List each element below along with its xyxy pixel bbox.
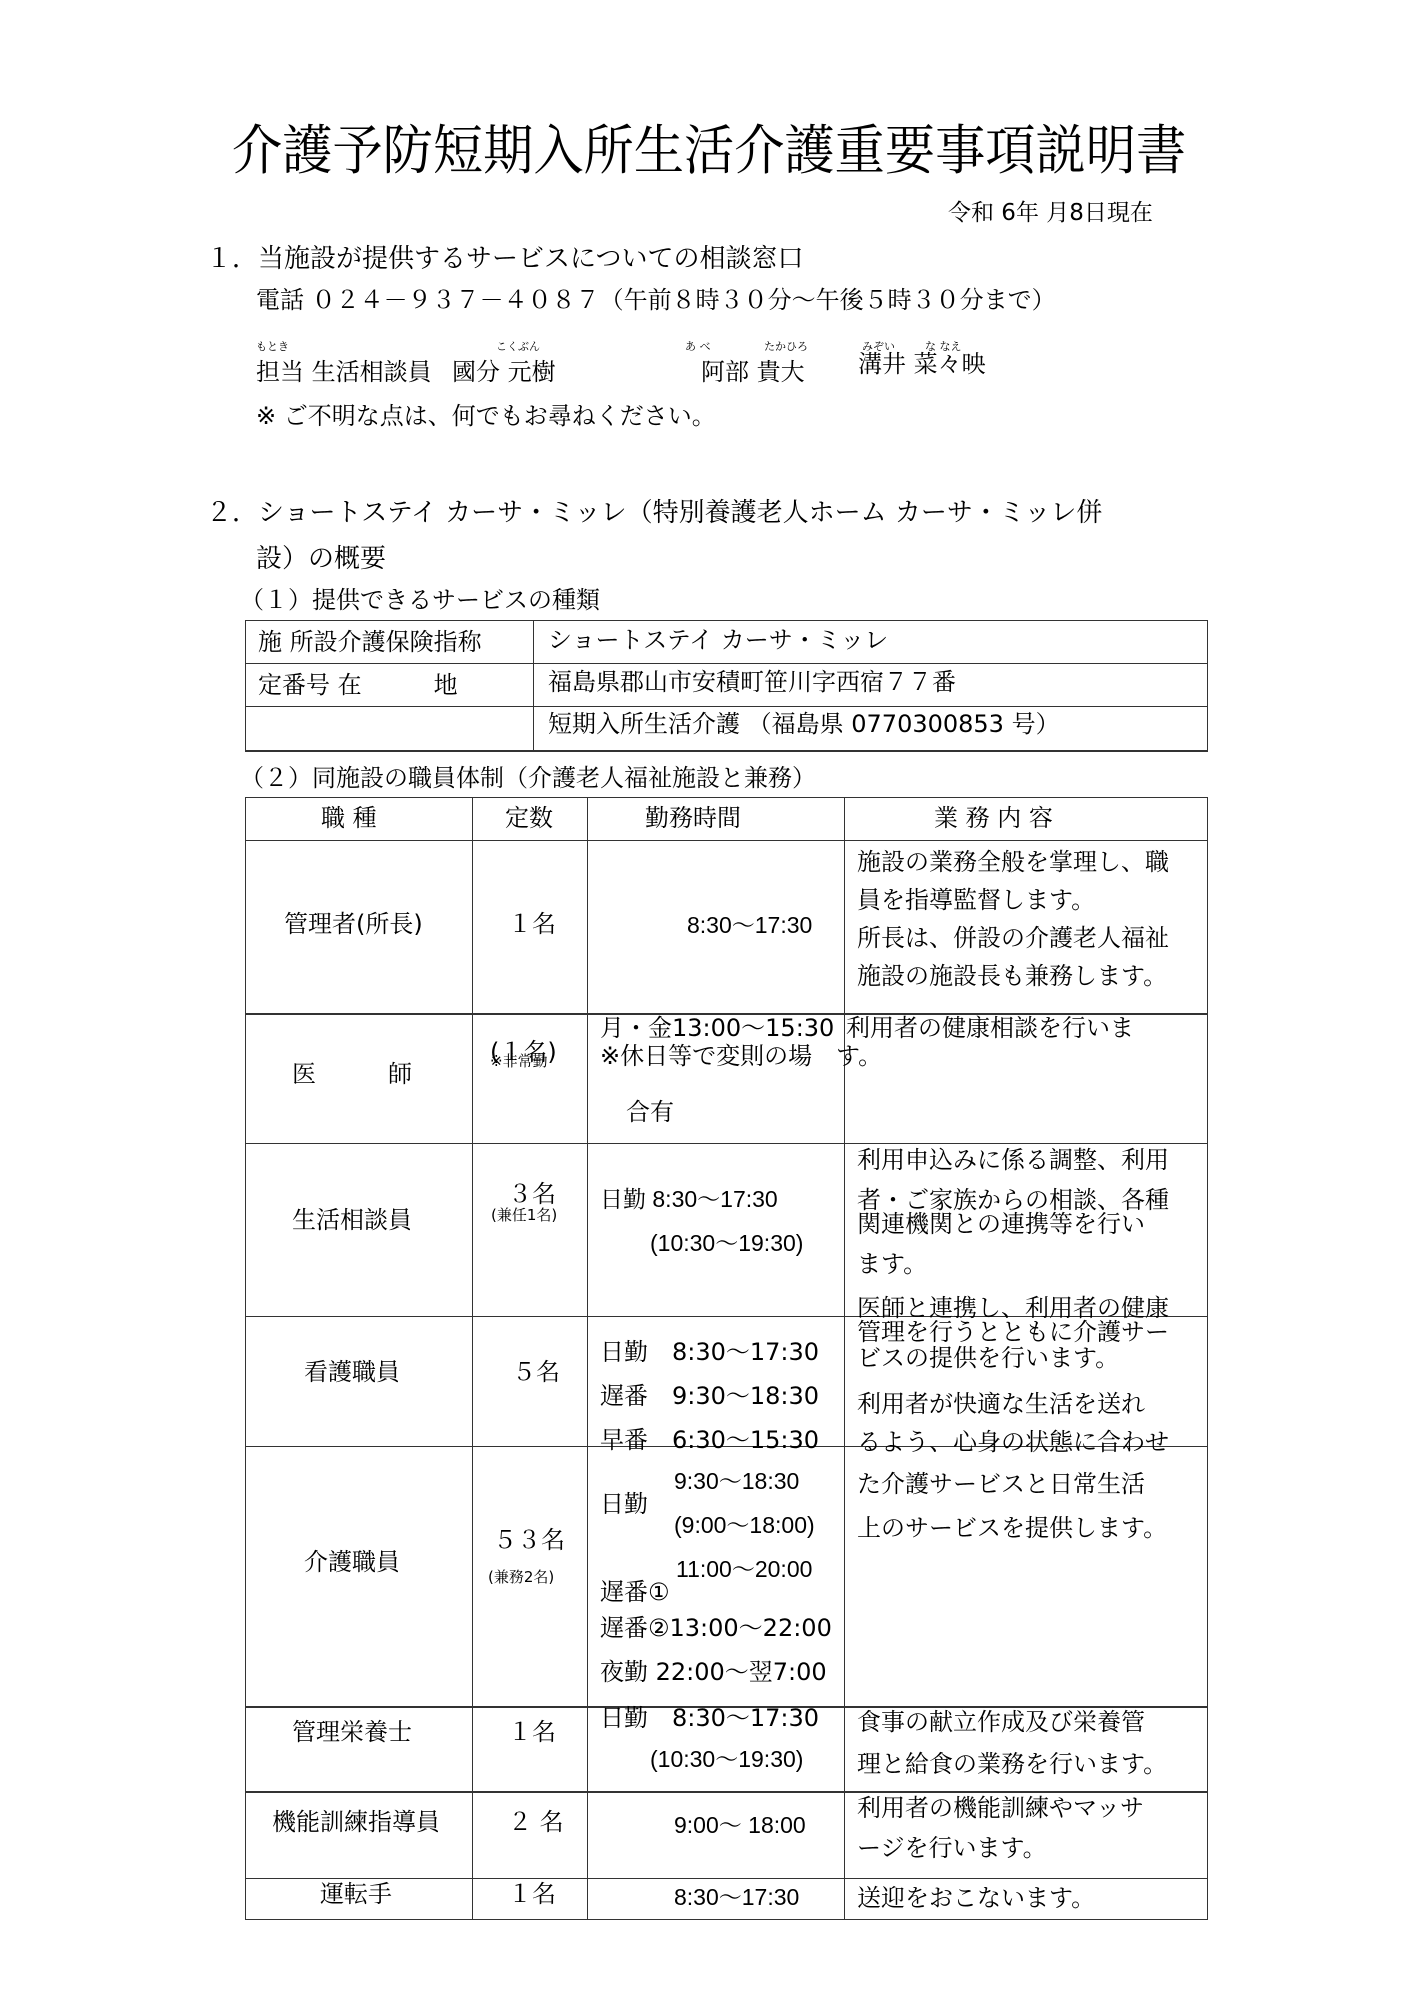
duties-nurse-line: ビスの提供を行います。 (857, 1346, 1119, 1370)
header-count: 定数 (505, 806, 553, 830)
inquiry-note: ※ ご不明な点は、何でもお尋ねください。 (256, 396, 716, 431)
hours-dietitian-line: 日勤 8:30～17:30 (600, 1706, 819, 1730)
count-therapist: ２ 名 (508, 1810, 564, 1834)
hours-therapist: 9:00～ 18:00 (674, 1814, 806, 1837)
header-hours: 勤務時間 (645, 806, 741, 830)
subsection2-heading: （２）同施設の職員体制（介護老人福祉施設と兼務） (240, 758, 816, 793)
count-counselor: ３名 (508, 1182, 556, 1206)
facility-value-name: ショートステイ カーサ・ミッレ (548, 628, 888, 652)
count-note-doctor: ※非常勤 (490, 1054, 548, 1069)
duties-nurse-line: 医師と連携し、利用者の健康 (857, 1296, 1169, 1320)
hours-caregiver-line: 日勤 (600, 1492, 648, 1516)
count-note-caregiver: (兼務2名) (488, 1570, 554, 1585)
role-counselor: 生活相談員 (292, 1208, 412, 1232)
hours-nurse-line: 日勤 8:30～17:30 (600, 1340, 819, 1364)
hours-dietitian-line: (10:30～19:30) (650, 1748, 803, 1771)
header-duties: 業 務 内 容 (934, 806, 1053, 830)
hours-doctor-line: 月・金13:00～15:30 (600, 1016, 834, 1040)
role-doctor: 医 師 (292, 1062, 412, 1086)
duties-dietitian-line: 理と給食の業務を行います。 (857, 1752, 1167, 1776)
hours-caregiver-line: 夜勤 22:00～翌7:00 (600, 1660, 827, 1684)
document-title: 介護予防短期入所生活介護重要事項説明書 (232, 108, 1186, 185)
section2-heading-line1: ２．ショートステイ カーサ・ミッレ（特別養護老人ホーム カーサ・ミッレ併 (206, 492, 1102, 529)
facility-value-address: 福島県郡山市安積町笹川字西宿７７番 (548, 670, 956, 694)
hours-doctor-line: 合有 (626, 1100, 674, 1124)
facility-label-address: 定番号 在 地 (258, 673, 458, 697)
hours-caregiver-line: 早番 6:30～15:30 (600, 1428, 819, 1452)
duties-therapist-line: 利用者の機能訓練やマッサ (857, 1796, 1144, 1820)
duties-caregiver-line: た介護サービスと日常生活 (857, 1472, 1145, 1496)
staff-name-mizoi: 溝井 菜々映 (858, 344, 986, 379)
duties-nurse-line: 管理を行うとともに介護サー (857, 1320, 1169, 1344)
duties-counselor-line: 者・ご家族からの相談、各種 (857, 1188, 1169, 1212)
duties-therapist-line: ージを行います。 (857, 1836, 1047, 1860)
header-role: 職 種 (321, 806, 377, 830)
count-driver: １名 (508, 1882, 556, 1906)
count-nurse: ５名 (512, 1360, 560, 1384)
role-manager: 管理者(所長) (284, 912, 423, 936)
duties-caregiver-line: るよう、心身の状態に合わせ (857, 1430, 1169, 1454)
duties-doctor-line: 利用者の健康相談を行いま (846, 1016, 1134, 1040)
duties-doctor-line: す。 (836, 1044, 882, 1068)
hours-counselor-line: (10:30～19:30) (650, 1232, 803, 1255)
hours-manager: 8:30～17:30 (687, 914, 812, 937)
as-of-date: 令和 6年 月8日現在 (948, 194, 1153, 227)
count-dietitian: １名 (508, 1720, 556, 1744)
duties-dietitian-line: 食事の献立作成及び栄養管 (857, 1710, 1145, 1734)
facility-value-license: 短期入所生活介護 （福島県 0770300853 号） (548, 712, 1060, 736)
duties-manager-line: 員を指導監督します。 (857, 888, 1095, 912)
duties-manager-line: 施設の施設長も兼務します。 (857, 964, 1167, 988)
duties-counselor-line: 関連機関との連携等を行い (857, 1212, 1145, 1236)
hours-driver: 8:30～17:30 (674, 1886, 799, 1909)
contact-phone: 電話 ０２４－９３７－４０８７（午前８時３０分～午後５時３０分まで） (256, 280, 1056, 315)
subsection1-heading: （１）提供できるサービスの種類 (240, 580, 600, 615)
hours-nurse-line: 遅番 9:30～18:30 (600, 1384, 819, 1408)
hours-caregiver-line: 11:00～20:00 (676, 1558, 812, 1581)
duties-caregiver-line: 上のサービスを提供します。 (857, 1516, 1167, 1540)
count-caregiver: ５３名 (493, 1528, 565, 1552)
duties-counselor-line: 利用申込みに係る調整、利用 (857, 1148, 1169, 1172)
staff-prefix: 担当 生活相談員 (256, 352, 432, 387)
duties-manager-line: 施設の業務全般を掌理し、職 (857, 850, 1169, 874)
role-dietitian: 管理栄養士 (292, 1720, 412, 1744)
count-manager: １名 (508, 912, 556, 936)
duties-counselor-line: ます。 (857, 1252, 927, 1276)
role-driver: 運転手 (320, 1882, 392, 1906)
role-nurse: 看護職員 (304, 1360, 400, 1384)
hours-doctor-line: ※休日等で変則の場 (600, 1044, 812, 1068)
role-caregiver: 介護職員 (304, 1550, 400, 1574)
duties-manager-line: 所長は、併設の介護老人福祉 (857, 926, 1169, 950)
hours-counselor-line: 日勤 8:30～17:30 (600, 1188, 778, 1211)
duties-driver: 送迎をおこないます。 (857, 1886, 1095, 1910)
facility-label-name: 施 所設介護保険指称 (258, 630, 482, 654)
count-note-counselor: (兼任1名) (491, 1208, 557, 1223)
duties-caregiver-line: 利用者が快適な生活を送れ (857, 1392, 1145, 1416)
hours-caregiver-line: 遅番②13:00～22:00 (600, 1616, 832, 1640)
section2-heading-line2: 設）の概要 (256, 538, 386, 575)
hours-caregiver-line: 9:30～18:30 (674, 1470, 799, 1493)
section1-heading: １．当施設が提供するサービスについての相談窓口 (206, 238, 803, 275)
staff-name-kokubun: 國分 元樹 (452, 352, 556, 387)
hours-caregiver-line: 遅番① (600, 1580, 670, 1604)
hours-caregiver-line: (9:00～18:00) (674, 1514, 815, 1537)
staff-name-abe: 阿部 貴大 (701, 352, 805, 387)
role-therapist: 機能訓練指導員 (272, 1810, 440, 1834)
